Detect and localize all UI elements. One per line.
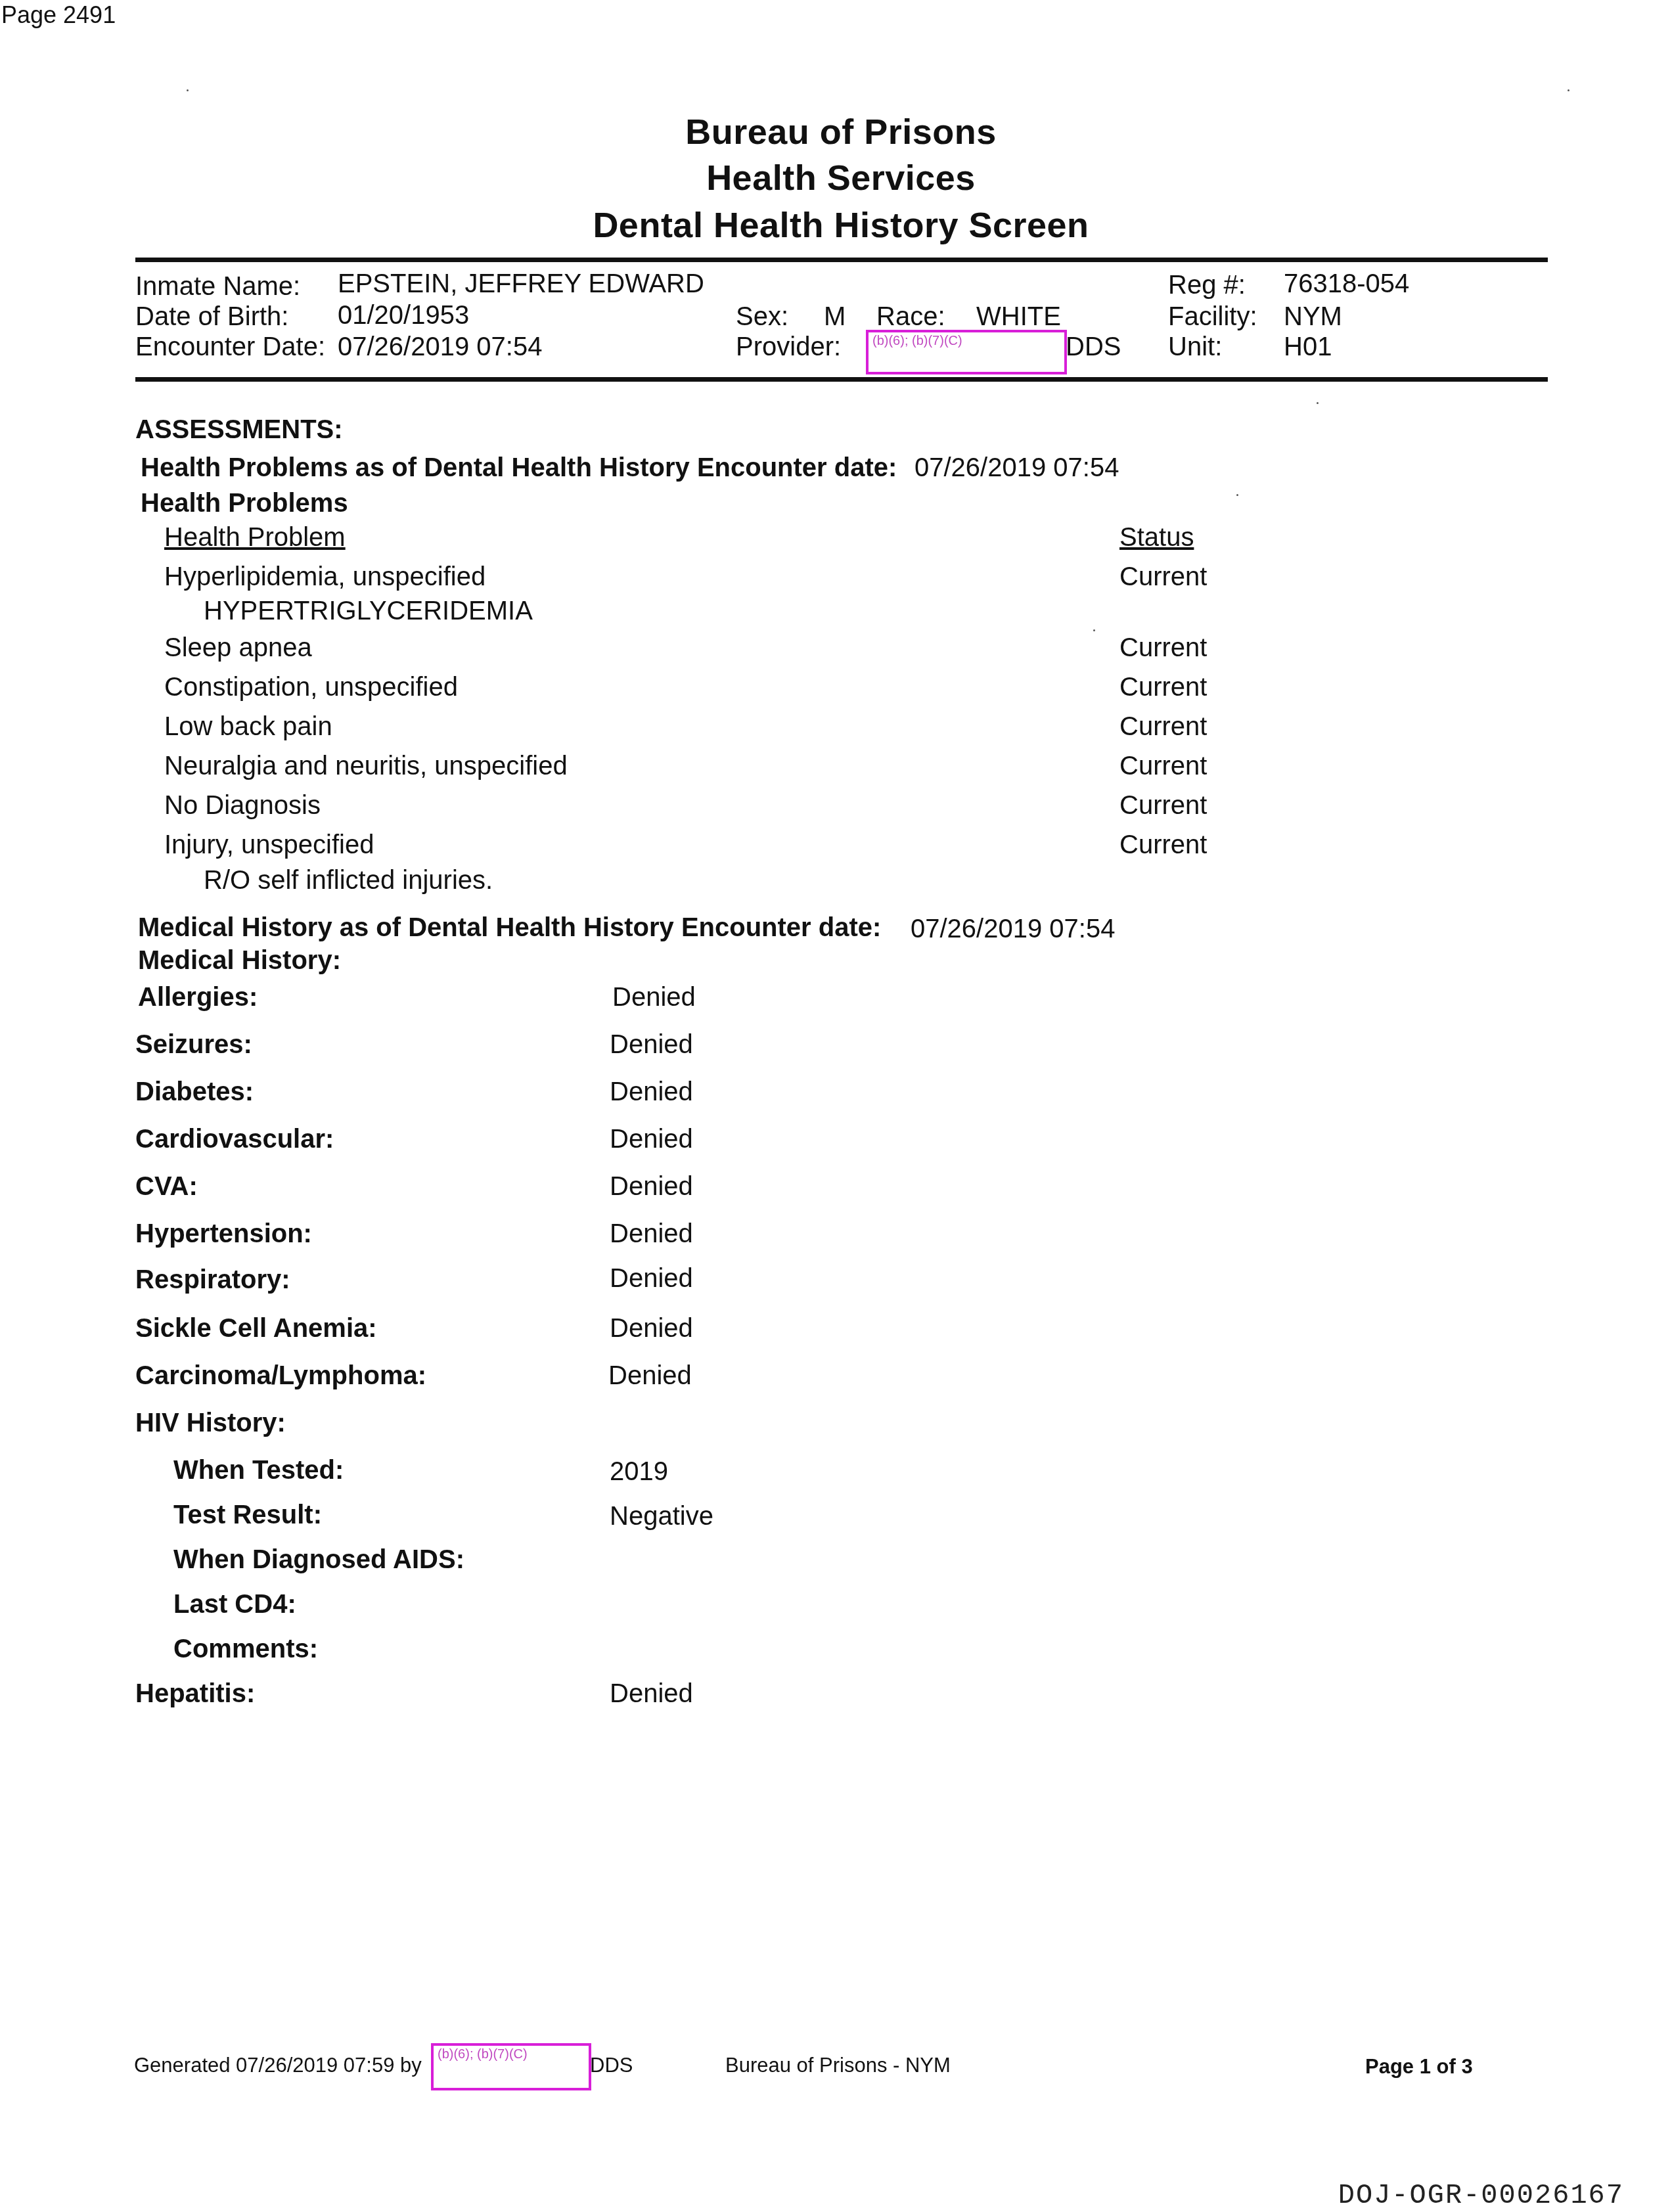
- dob: 01/20/1953: [338, 301, 469, 330]
- hiv-item-label: Comments:: [173, 1635, 318, 1664]
- generator-credential: DDS: [590, 2054, 633, 2077]
- condition-value: Denied: [610, 1030, 693, 1060]
- hepatitis-label: Hepatitis:: [135, 1679, 255, 1709]
- problem-name: Hyperlipidemia, unspecified: [164, 562, 485, 592]
- provider-credential: DDS: [1066, 332, 1121, 362]
- condition-value: Denied: [608, 1361, 692, 1391]
- hiv-item-label: Test Result:: [173, 1501, 322, 1530]
- condition-label: Carcinoma/Lymphoma:: [135, 1361, 426, 1391]
- reg-number: 76318-054: [1284, 269, 1409, 299]
- header-top-rule: [135, 258, 1548, 262]
- hiv-item-label: When Tested:: [173, 1456, 344, 1485]
- assessments-heading: ASSESSMENTS:: [135, 415, 343, 445]
- problem-status: Current: [1119, 712, 1207, 742]
- condition-value: Denied: [610, 1219, 693, 1249]
- sex-label: Sex:: [736, 302, 788, 332]
- unit: H01: [1284, 332, 1332, 362]
- condition-label: Respiratory:: [135, 1265, 290, 1295]
- dob-label: Date of Birth:: [135, 302, 288, 332]
- provider-redaction-box: (b)(6); (b)(7)(C): [866, 330, 1067, 374]
- problem-name: Sleep apnea: [164, 633, 312, 663]
- bates-number: DOJ-OGR-00026167: [1338, 2180, 1624, 2211]
- redaction-code: (b)(6); (b)(7)(C): [438, 2047, 528, 2062]
- title-line-3: Dental Health History Screen: [0, 205, 1670, 246]
- problem-name: Injury, unspecified: [164, 830, 374, 860]
- medical-history-date: 07/26/2019 07:54: [911, 914, 1115, 944]
- inmate-name: EPSTEIN, JEFFREY EDWARD: [338, 269, 704, 299]
- problem-status: Current: [1119, 791, 1207, 821]
- generator-redaction-box: (b)(6); (b)(7)(C): [431, 2043, 591, 2090]
- problem-status: Current: [1119, 673, 1207, 702]
- title-line-1: Bureau of Prisons: [0, 112, 1670, 152]
- hiv-history-label: HIV History:: [135, 1409, 286, 1438]
- redaction-code: (b)(6); (b)(7)(C): [872, 334, 962, 349]
- condition-label: Sickle Cell Anemia:: [135, 1314, 377, 1343]
- condition-label: Hypertension:: [135, 1219, 312, 1249]
- condition-label: CVA:: [135, 1172, 198, 1202]
- header-bottom-rule: [135, 377, 1548, 382]
- generated-by: Generated 07/26/2019 07:59 by: [134, 2054, 422, 2077]
- inmate-name-label: Inmate Name:: [135, 272, 300, 302]
- medical-history-heading: Medical History as of Dental Health Hist…: [138, 913, 881, 943]
- health-problems-date: 07/26/2019 07:54: [914, 453, 1119, 483]
- condition-value: Denied: [610, 1125, 693, 1154]
- condition-label: Diabetes:: [135, 1077, 254, 1107]
- condition-label: Allergies:: [138, 983, 258, 1012]
- scan-speck: [1093, 629, 1095, 631]
- scan-speck: [1317, 402, 1319, 404]
- health-problems-subheading: Health Problems: [141, 489, 348, 518]
- scan-speck: [187, 89, 189, 91]
- condition-value: Denied: [610, 1172, 693, 1202]
- problem-status: Current: [1119, 562, 1207, 592]
- scan-speck: [1236, 494, 1238, 496]
- page-label: Page 2491: [1, 1, 116, 29]
- hiv-item-label: When Diagnosed AIDS:: [173, 1545, 464, 1575]
- page-count: Page 1 of 3: [1365, 2055, 1473, 2079]
- unit-label: Unit:: [1168, 332, 1222, 362]
- hiv-item-value: Negative: [610, 1502, 713, 1531]
- encounter-date-label: Encounter Date:: [135, 332, 325, 362]
- problem-name: Constipation, unspecified: [164, 673, 458, 702]
- reg-label: Reg #:: [1168, 271, 1246, 300]
- footer-organization: Bureau of Prisons - NYM: [725, 2054, 951, 2077]
- problem-status: Current: [1119, 830, 1207, 860]
- title-line-2: Health Services: [0, 158, 1670, 198]
- problem-name: No Diagnosis: [164, 791, 321, 821]
- column-header-status: Status: [1119, 523, 1194, 553]
- problem-name: Low back pain: [164, 712, 332, 742]
- condition-label: Seizures:: [135, 1030, 252, 1060]
- problem-status: Current: [1119, 752, 1207, 781]
- problem-status: Current: [1119, 633, 1207, 663]
- race: WHITE: [976, 302, 1061, 332]
- condition-value: Denied: [610, 1264, 693, 1294]
- facility: NYM: [1284, 302, 1342, 332]
- column-header-health-problem: Health Problem: [164, 523, 346, 553]
- condition-value: Denied: [610, 1077, 693, 1107]
- sex: M: [824, 302, 846, 332]
- medical-history-subheading: Medical History:: [138, 946, 341, 976]
- provider-label: Provider:: [736, 332, 841, 362]
- scan-speck: [1568, 89, 1569, 91]
- condition-value: Denied: [612, 983, 696, 1012]
- problem-name: Neuralgia and neuritis, unspecified: [164, 752, 568, 781]
- encounter-date: 07/26/2019 07:54: [338, 332, 542, 362]
- hepatitis-value: Denied: [610, 1679, 693, 1709]
- hiv-item-value: 2019: [610, 1457, 668, 1487]
- health-problems-heading: Health Problems as of Dental Health Hist…: [141, 453, 897, 483]
- problem-note: HYPERTRIGLYCERIDEMIA: [204, 597, 533, 626]
- condition-label: Cardiovascular:: [135, 1125, 334, 1154]
- condition-value: Denied: [610, 1314, 693, 1343]
- problem-note: R/O self inflicted injuries.: [204, 866, 493, 895]
- race-label: Race:: [876, 302, 945, 332]
- hiv-item-label: Last CD4:: [173, 1590, 296, 1619]
- facility-label: Facility:: [1168, 302, 1257, 332]
